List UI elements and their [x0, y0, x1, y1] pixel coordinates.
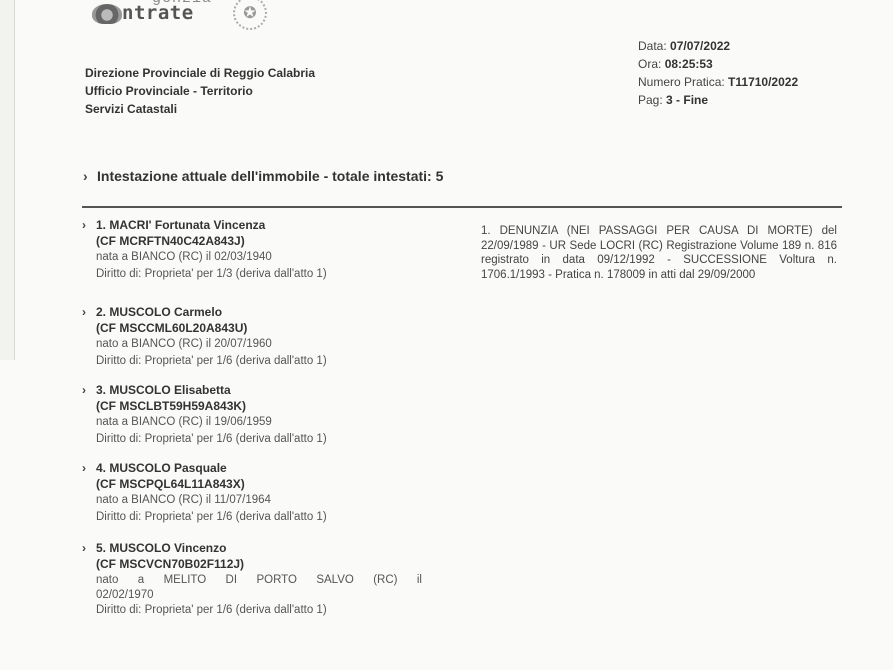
- chevron-right-icon: ›: [82, 460, 96, 476]
- owner-entry-2: ›2. MUSCOLO Carmelo (CF MSCCML60L20A843U…: [82, 304, 327, 370]
- owner-birth: nato a MELITO DI PORTO SALVO (RC) il: [82, 572, 422, 589]
- meta-date: Data: 07/07/2022: [638, 37, 798, 55]
- office-line-servizi: Servizi Catastali: [85, 100, 315, 118]
- logo-globe-icon: [92, 4, 122, 24]
- section-divider: [82, 206, 842, 208]
- owner-cf: (CF MSCCML60L20A843U): [82, 320, 327, 336]
- chevron-right-icon: ›: [82, 540, 96, 556]
- document-meta: Data: 07/07/2022 Ora: 08:25:53 Numero Pr…: [638, 37, 798, 109]
- meta-time: Ora: 08:25:53: [638, 55, 798, 73]
- agenzia-entrate-logo: genzia ntrate ✪: [92, 0, 272, 32]
- chevron-right-icon: ›: [82, 382, 96, 398]
- owner-right: Diritto di: Proprieta' per 1/6 (deriva d…: [82, 431, 327, 448]
- chevron-right-icon: ›: [82, 304, 96, 320]
- document-page: genzia ntrate ✪ Direzione Provinciale di…: [0, 0, 893, 670]
- owner-right: Diritto di: Proprieta' per 1/6 (deriva d…: [82, 353, 327, 370]
- chevron-right-icon: ›: [82, 217, 96, 233]
- meta-page: Pag: 3 - Fine: [638, 91, 798, 109]
- meta-pratica: Numero Pratica: T11710/2022: [638, 73, 798, 91]
- owner-entry-3: ›3. MUSCOLO Elisabetta (CF MSCLBT59H59A8…: [82, 382, 327, 448]
- owner-entry-1: ›1. MACRI' Fortunata Vincenza (CF MCRFTN…: [82, 217, 327, 283]
- owner-right: Diritto di: Proprieta' per 1/3 (deriva d…: [82, 266, 327, 283]
- italian-emblem-icon: ✪: [233, 0, 267, 30]
- owner-birth-date: 02/02/1970: [82, 589, 422, 602]
- owner-entry-4: ›4. MUSCOLO Pasquale (CF MSCPQL64L11A843…: [82, 460, 327, 526]
- owner-birth: nata a BIANCO (RC) il 19/06/1959: [82, 414, 327, 431]
- page-fold-shadow: [0, 0, 15, 360]
- logo-main-text: ntrate: [122, 2, 194, 24]
- owner-birth: nata a BIANCO (RC) il 02/03/1940: [82, 249, 327, 266]
- owner-cf: (CF MSCLBT59H59A843K): [82, 398, 327, 414]
- owner-right: Diritto di: Proprieta' per 1/6 (deriva d…: [82, 602, 422, 619]
- office-block: Direzione Provinciale di Reggio Calabria…: [85, 64, 315, 118]
- owner-right: Diritto di: Proprieta' per 1/6 (deriva d…: [82, 509, 327, 526]
- owner-cf: (CF MSCPQL64L11A843X): [82, 476, 327, 492]
- chevron-right-icon: ›: [83, 168, 97, 184]
- owner-entry-5: ›5. MUSCOLO Vincenzo (CF MSCVCN70B02F112…: [82, 540, 422, 619]
- owner-cf: (CF MSCVCN70B02F112J): [82, 556, 422, 572]
- owner-birth: nato a BIANCO (RC) il 20/07/1960: [82, 336, 327, 353]
- owner-cf: (CF MCRFTN40C42A843J): [82, 233, 327, 249]
- section-title: ›Intestazione attuale dell'immobile - to…: [83, 168, 443, 184]
- office-line-direzione: Direzione Provinciale di Reggio Calabria: [85, 64, 315, 82]
- owner-birth: nato a BIANCO (RC) il 11/07/1964: [82, 492, 327, 509]
- office-line-ufficio: Ufficio Provinciale - Territorio: [85, 82, 315, 100]
- atto-reference: 1. DENUNZIA (NEI PASSAGGI PER CAUSA DI M…: [481, 224, 837, 282]
